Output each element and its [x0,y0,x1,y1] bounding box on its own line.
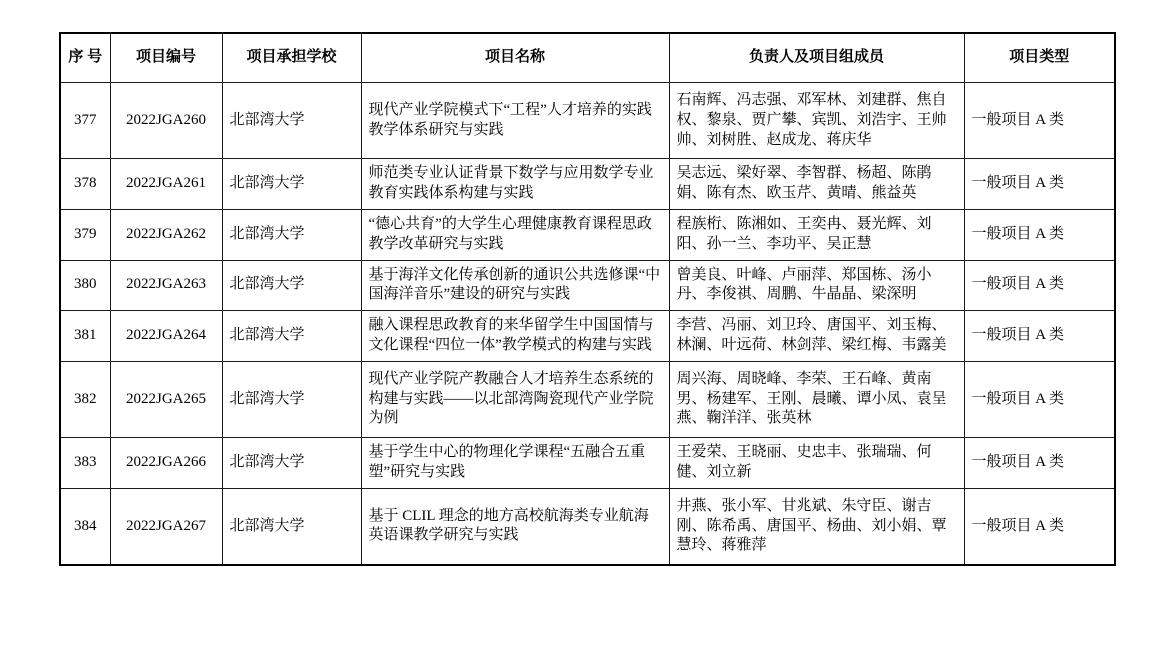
cell-serial-number: 380 [60,260,110,311]
table-row: 3822022JGA265北部湾大学现代产业学院产教融合人才培养生态系统的构建与… [60,361,1115,437]
table-row: 3832022JGA266北部湾大学基于学生中心的物理化学课程“五融合五重塑”研… [60,438,1115,489]
cell-project-type: 一般项目 A 类 [964,361,1115,437]
cell-project-name: “德心共育”的大学生心理健康教育课程思政教学改革研究与实践 [361,209,669,260]
header-cell-name: 项目名称 [361,33,669,83]
header-cell-school: 项目承担学校 [222,33,361,83]
cell-members: 周兴海、周晓峰、李荣、王石峰、黄南男、杨建军、王刚、晨曦、谭小凤、袁呈燕、鞠洋洋… [669,361,964,437]
cell-project-name: 现代产业学院模式下“工程”人才培养的实践教学体系研究与实践 [361,83,669,159]
cell-school: 北部湾大学 [222,311,361,362]
cell-project-type: 一般项目 A 类 [964,83,1115,159]
cell-members: 曾美良、叶峰、卢丽萍、郑国栋、汤小丹、李俊祺、周鹏、牛晶晶、梁深明 [669,260,964,311]
cell-project-type: 一般项目 A 类 [964,209,1115,260]
cell-project-code: 2022JGA260 [110,83,222,159]
cell-serial-number: 378 [60,159,110,210]
cell-project-code: 2022JGA264 [110,311,222,362]
table-row: 3772022JGA260北部湾大学现代产业学院模式下“工程”人才培养的实践教学… [60,83,1115,159]
cell-serial-number: 379 [60,209,110,260]
cell-project-code: 2022JGA261 [110,159,222,210]
cell-project-name: 基于海洋文化传承创新的通识公共选修课“中国海洋音乐”建设的研究与实践 [361,260,669,311]
cell-project-name: 基于学生中心的物理化学课程“五融合五重塑”研究与实践 [361,438,669,489]
cell-project-code: 2022JGA267 [110,488,222,565]
cell-school: 北部湾大学 [222,488,361,565]
table-row: 3842022JGA267北部湾大学基于 CLIL 理念的地方高校航海类专业航海… [60,488,1115,565]
cell-project-code: 2022JGA266 [110,438,222,489]
table-header-row: 序 号 项目编号 项目承担学校 项目名称 负责人及项目组成员 项目类型 [60,33,1115,83]
cell-project-type: 一般项目 A 类 [964,438,1115,489]
cell-school: 北部湾大学 [222,438,361,489]
cell-project-code: 2022JGA262 [110,209,222,260]
table-row: 3792022JGA262北部湾大学“德心共育”的大学生心理健康教育课程思政教学… [60,209,1115,260]
cell-serial-number: 381 [60,311,110,362]
document-page: 序 号 项目编号 项目承担学校 项目名称 负责人及项目组成员 项目类型 3772… [0,0,1173,654]
cell-members: 程族桁、陈湘如、王奕冉、聂光辉、刘阳、孙一兰、李功平、吴正慧 [669,209,964,260]
cell-serial-number: 377 [60,83,110,159]
cell-project-name: 现代产业学院产教融合人才培养生态系统的构建与实践——以北部湾陶瓷现代产业学院为例 [361,361,669,437]
cell-project-name: 基于 CLIL 理念的地方高校航海类专业航海英语课教学研究与实践 [361,488,669,565]
cell-members: 井燕、张小军、甘兆斌、朱守臣、谢吉刚、陈希禹、唐国平、杨曲、刘小娟、覃慧玲、蒋雅… [669,488,964,565]
table-row: 3812022JGA264北部湾大学融入课程思政教育的来华留学生中国国情与文化课… [60,311,1115,362]
cell-project-type: 一般项目 A 类 [964,159,1115,210]
cell-serial-number: 383 [60,438,110,489]
header-cell-type: 项目类型 [964,33,1115,83]
cell-school: 北部湾大学 [222,159,361,210]
cell-school: 北部湾大学 [222,260,361,311]
cell-members: 吴志远、梁好翠、李智群、杨超、陈鹃娟、陈有杰、欧玉芹、黄晴、熊益英 [669,159,964,210]
cell-members: 石南辉、冯志强、邓军林、刘建群、焦自权、黎泉、贾广攀、宾凯、刘浩宇、王帅帅、刘树… [669,83,964,159]
table-row: 3782022JGA261北部湾大学师范类专业认证背景下数学与应用数学专业教育实… [60,159,1115,210]
cell-project-name: 师范类专业认证背景下数学与应用数学专业教育实践体系构建与实践 [361,159,669,210]
cell-project-code: 2022JGA265 [110,361,222,437]
cell-serial-number: 382 [60,361,110,437]
cell-school: 北部湾大学 [222,361,361,437]
projects-table: 序 号 项目编号 项目承担学校 项目名称 负责人及项目组成员 项目类型 3772… [59,32,1116,566]
cell-serial-number: 384 [60,488,110,565]
cell-members: 李营、冯丽、刘卫玲、唐国平、刘玉梅、林澜、叶远荷、林剑萍、梁红梅、韦露美 [669,311,964,362]
cell-project-code: 2022JGA263 [110,260,222,311]
cell-project-name: 融入课程思政教育的来华留学生中国国情与文化课程“四位一体”教学模式的构建与实践 [361,311,669,362]
table-row: 3802022JGA263北部湾大学基于海洋文化传承创新的通识公共选修课“中国海… [60,260,1115,311]
header-cell-members: 负责人及项目组成员 [669,33,964,83]
cell-project-type: 一般项目 A 类 [964,260,1115,311]
cell-school: 北部湾大学 [222,209,361,260]
cell-project-type: 一般项目 A 类 [964,488,1115,565]
cell-members: 王爱荣、王晓丽、史忠丰、张瑞瑞、何健、刘立新 [669,438,964,489]
cell-project-type: 一般项目 A 类 [964,311,1115,362]
cell-school: 北部湾大学 [222,83,361,159]
header-cell-serial: 序 号 [60,33,110,83]
header-cell-code: 项目编号 [110,33,222,83]
